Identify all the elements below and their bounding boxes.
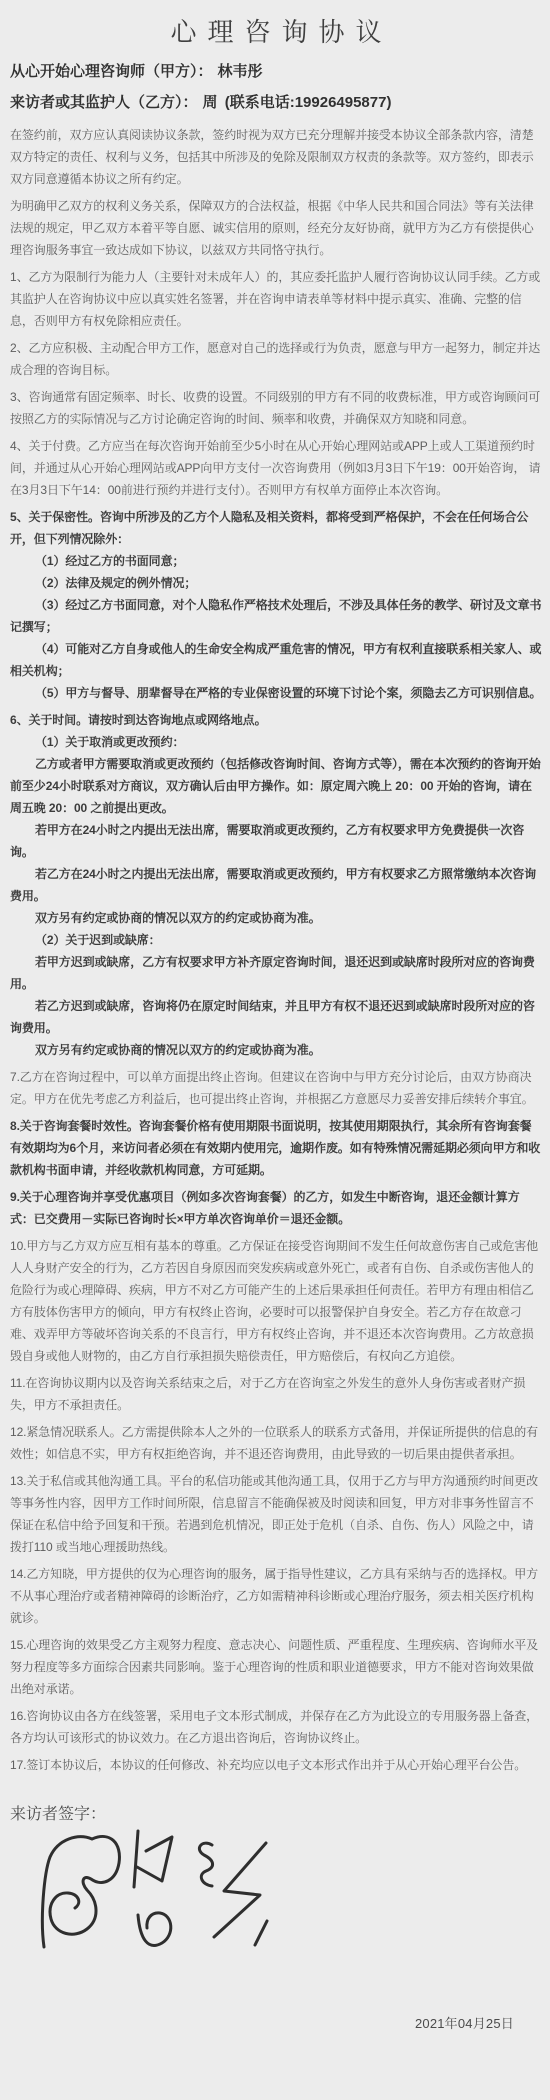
party-b-line: 来访者或其监护人（乙方）：周 (联系电话:19926495877) [10,93,542,113]
clause-5-item-2: （2）法律及规定的例外情况； [10,572,542,594]
document-title: 心理咨询协议 [10,12,542,49]
signature-stroke [255,1921,267,1945]
agreement-document: 心理咨询协议 从心开始心理咨询师（甲方）：林韦彤 来访者或其监护人（乙方）：周 … [0,0,550,1971]
clause-6-item-2-party-b: 若乙方迟到或缺席，咨询将仍在原定时间结束，并且甲方有权不退还迟到或缺席时段所对应… [10,995,542,1039]
clause-5-item-3: （3）经过乙方书面同意，对个人隐私作严格技术处理后，不涉及具体任务的教学、研讨及… [10,594,542,638]
signature-stroke [138,1913,171,1946]
clause-12: 12.紧急情况联系人。乙方需提供除本人之外的一位联系人的联系方式备用，并保证所提… [10,1421,542,1465]
handwritten-signature [34,1829,284,1971]
party-a-label: 从心开始心理咨询师（甲方）： [10,63,213,80]
clause-15: 15.心理咨询的效果受乙方主观努力程度、意志决心、问题性质、严重程度、生理疾病、… [10,1634,542,1700]
clause-6-item-2-note: 双方另有约定或协商的情况以双方的约定或协商为准。 [10,1039,542,1061]
clause-6-item-1-rule: 乙方或者甲方需要取消或更改预约（包括修改咨询时间、咨询方式等），需在本次预约的咨… [10,753,542,819]
clause-6-item-1-party-b: 若乙方在24小时之内提出无法出席，需要取消或更改预约，甲方有权要求乙方照常缴纳本… [10,863,542,907]
party-b-name: 周 [203,94,218,111]
clause-9: 9.关于心理咨询并享受优惠项目（例如多次咨询套餐）的乙方，如发生中断咨询，退还金… [10,1186,542,1230]
clause-6-item-2-party-a: 若甲方迟到或缺席，乙方有权要求甲方补齐原定咨询时间，退还迟到或缺席时段所对应的咨… [10,951,542,995]
clause-2: 2、乙方应积极、主动配合甲方工作，愿意对自己的选择或行为负责，愿意与甲方一起努力… [10,337,542,381]
clause-14: 14.乙方知晓，甲方提供的仅为心理咨询的服务，属于指导性建议，乙方具有采纳与否的… [10,1563,542,1629]
clause-5-item-5: （5）甲方与督导、朋辈督导在严格的专业保密设置的环境下讨论个案，须隐去乙方可识别… [10,682,542,704]
clause-6-item-1-party-a: 若甲方在24小时之内提出无法出席，需要取消或更改预约，乙方有权要求甲方免费提供一… [10,819,542,863]
clause-10: 10.甲方与乙方双方应互相有基本的尊重。乙方保证在接受咨询期间不发生任何故意伤害… [10,1235,542,1367]
clause-6-item-2: （2）关于迟到或缺席： [10,929,542,951]
signature-stroke [134,1831,172,1887]
signature-stroke [199,1843,212,1886]
clause-6: 6、关于时间。请按时到达咨询地点或网络地点。 [10,709,542,731]
clause-8: 8.关于咨询套餐时效性。咨询套餐价格有使用期限书面说明，按其使用期限执行，其余所… [10,1115,542,1181]
clause-6-item-1-note: 双方另有约定或协商的情况以双方的约定或协商为准。 [10,907,542,929]
signature-stroke [42,1836,119,1947]
party-a-line: 从心开始心理咨询师（甲方）：林韦彤 [10,62,542,82]
clause-17: 17.签订本协议后，本协议的任何修改、补充均应以电子文本形式作出并于从心开始心理… [10,1754,542,1776]
clause-13: 13.关于私信或其他沟通工具。平台的私信功能或其他沟通工具，仅用于乙方与甲方沟通… [10,1470,542,1558]
clause-16: 16.咨询协议由各方在线签署，采用电子文本形式制成，并保存在乙方为此设立的专用服… [10,1705,542,1749]
clause-1: 1、乙方为限制行为能力人（主要针对未成年人）的，其应委托监护人履行咨询协议认同手… [10,266,542,332]
party-b-label: 来访者或其监护人（乙方）： [10,94,198,111]
intro-paragraph-2: 为明确甲乙双方的权利义务关系，保障双方的合法权益，根据《中华人民共和国合同法》等… [10,195,542,261]
clause-5: 5、关于保密性。咨询中所涉及的乙方个人隐私及相关资料，都将受到严格保护，不会在任… [10,506,542,550]
intro-paragraph-1: 在签约前，双方应认真阅读协议条款，签约时视为双方已充分理解并接受本协议全部条款内… [10,124,542,190]
visitor-signature-label: 来访者签字： [10,1801,542,1824]
signature-stroke [214,1843,266,1937]
signing-date: 2021年04月25日 [415,2013,514,2032]
clause-3: 3、咨询通常有固定频率、时长、收费的设置。不同级别的甲方有不同的收费标准，甲方或… [10,386,542,430]
clause-7: 7.乙方在咨询过程中，可以单方面提出终止咨询。但建议在咨询中与甲方充分讨论后，由… [10,1066,542,1110]
clause-11: 11.在咨询协议期内以及咨询关系结束之后，对于乙方在咨询室之外发生的意外人身伤害… [10,1372,542,1416]
clause-6-item-1: （1）关于取消或更改预约： [10,731,542,753]
party-a-name: 林韦彤 [218,63,263,80]
clause-5-item-4: （4）可能对乙方自身或他人的生命安全构成严重危害的情况，甲方有权利直接联系相关家… [10,638,542,682]
clause-5-item-1: （1）经过乙方的书面同意； [10,550,542,572]
party-b-phone: (联系电话:19926495877) [225,94,392,111]
clause-4: 4、关于付费。乙方应当在每次咨询开始前至少5小时在从心开始心理网站或APP上或人… [10,435,542,501]
